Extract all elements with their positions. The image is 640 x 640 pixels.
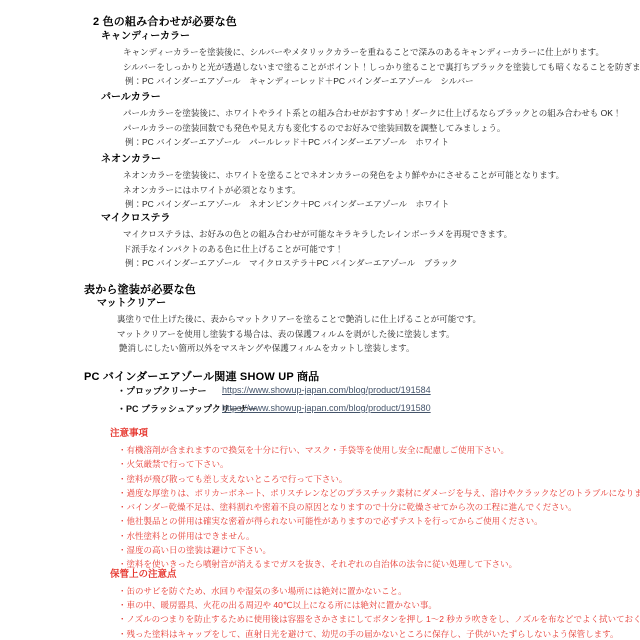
pearl-line-2: パールカラーの塗装回数でも発色や見え方も変化するのでお好みで塗装回数を調整してみ…	[123, 121, 621, 136]
storage-section: 保管上の注意点 ・缶のサビを防ぐため、水回りや湿気の多い場所には絶対に置かないこ…	[110, 566, 640, 640]
product-link-prop-cleaner[interactable]: https://www.showup-japan.com/blog/produc…	[222, 385, 431, 395]
neon-line-2: ネオンカラーにはホワイトが必須となります。	[123, 183, 564, 198]
pearl-example-line: 例：PC バインダーエアゾール パールレッド＋PC バインダーエアゾール ホワイ…	[125, 135, 621, 150]
product-label-prop-cleaner: ・プロップクリーナー	[117, 384, 222, 397]
product-link-list: ・プロップクリーナー https://www.showup-japan.com/…	[117, 381, 431, 417]
subsection-title-matte-clear: マットクリアー	[97, 294, 481, 309]
subsection-micro-stella: マイクロステラ マイクロステラは、お好みの色との組み合わせが可能なキラキラしたレ…	[101, 209, 512, 271]
subsection-neon-color: ネオンカラー ネオンカラーを塗装後に、ホワイトを塗ることでネオンカラーの発色をよ…	[101, 150, 564, 212]
caution-item-1: ・有機溶剤が含まれますので換気を十分に行い、マスク・手袋等を使用し安全に配慮しご…	[118, 443, 640, 457]
micro-stella-line-2: ド派手なインパクトのある色に仕上げることが可能です！	[123, 242, 512, 257]
subsection-pearl-color: パールカラー パールカラーを塗装後に、ホワイトやライト系との組み合わせがおすすめ…	[101, 88, 621, 150]
matte-clear-line-1: 裏塗りで仕上げた後に、表からマットクリアーを塗ることで艶消しに仕上げることが可能…	[117, 312, 481, 327]
storage-item-1: ・缶のサビを防ぐため、水回りや湿気の多い場所には絶対に置かないこと。	[118, 584, 640, 598]
product-label-brushup-cleaner: ・PC ブラッシュアップクリーナー	[117, 402, 222, 415]
caution-item-5: ・バインダー乾燥不足は、塗料割れや密着不良の原因となりますので十分に乾燥させてか…	[118, 500, 640, 514]
caution-item-4: ・過度な厚塗りは、ポリカーボネート、ポリスチレンなどのプラスチック素材にダメージ…	[118, 486, 640, 500]
subsection-title-micro-stella: マイクロステラ	[101, 209, 512, 224]
candy-line-1: キャンディーカラーを塗装後に、シルバーやメタリックカラーを重ねることで深みのある…	[123, 45, 640, 60]
candy-line-2: シルバーをしっかりと光が透過しないまで塗ることがポイント！しっかり塗ることで裏打…	[123, 60, 640, 75]
micro-stella-example-line: 例：PC バインダーエアゾール マイクロステラ＋PC バインダーエアゾール ブラ…	[125, 256, 512, 271]
neon-line-1: ネオンカラーを塗装後に、ホワイトを塗ることでネオンカラーの発色をより鮮やかにさせ…	[123, 168, 564, 183]
candy-example-line: 例：PC バインダーエアゾール キャンディーレッド＋PC バインダーエアゾール …	[125, 74, 640, 89]
subsection-title-pearl: パールカラー	[101, 88, 621, 103]
storage-item-3: ・ノズルのつまりを防止するために使用後は容器をさかさまにしてボタンを押し 1～2…	[118, 612, 640, 626]
document-page: 2 色の組み合わせが必要な色 キャンディーカラー キャンディーカラーを塗装後に、…	[0, 0, 640, 640]
pearl-line-1: パールカラーを塗装後に、ホワイトやライト系との組み合わせがおすすめ！ダークに仕上…	[123, 106, 621, 121]
storage-title: 保管上の注意点	[110, 566, 640, 580]
subsection-title-candy: キャンディーカラー	[101, 27, 640, 42]
caution-item-8: ・湿度の高い日の塗装は避けて下さい。	[118, 543, 640, 557]
product-link-brushup-cleaner[interactable]: https://www.showup-japan.com/blog/produc…	[222, 403, 431, 413]
matte-clear-line-2: マットクリアーを使用し塗装する場合は、表の保護フィルムを剥がした後に塗装します。	[117, 327, 481, 342]
subsection-candy-color: キャンディーカラー キャンディーカラーを塗装後に、シルバーやメタリックカラーを重…	[101, 27, 640, 89]
storage-item-2: ・車の中、暖房器具、火花の出る周辺や 40℃以上になる所には絶対に置かない事。	[118, 598, 640, 612]
subsection-title-neon: ネオンカラー	[101, 150, 564, 165]
caution-item-2: ・火気厳禁で行って下さい。	[118, 457, 640, 471]
storage-item-4: ・残った塗料はキャップをして、直射日光を避けて、幼児の手の届かないところに保存し…	[118, 627, 640, 640]
caution-item-7: ・水性塗料との併用はできません。	[118, 529, 640, 543]
cautions-section: 注意事項 ・有機溶剤が含まれますので換気を十分に行い、マスク・手袋等を使用し安全…	[110, 425, 640, 572]
product-row-prop-cleaner: ・プロップクリーナー https://www.showup-japan.com/…	[117, 381, 431, 399]
matte-clear-line-3: 艶消しにしたい箇所以外をマスキングや保護フィルムをカットし塗装します。	[119, 341, 481, 356]
subsection-matte-clear: マットクリアー 裏塗りで仕上げた後に、表からマットクリアーを塗ることで艶消しに仕…	[97, 294, 481, 356]
cautions-title: 注意事項	[110, 425, 640, 439]
product-row-brushup-cleaner: ・PC ブラッシュアップクリーナー https://www.showup-jap…	[117, 399, 431, 417]
caution-item-3: ・塗料が飛び散っても差し支えないところで行って下さい。	[118, 472, 640, 486]
micro-stella-line-1: マイクロステラは、お好みの色との組み合わせが可能なキラキラしたレインボーラメを再…	[123, 227, 512, 242]
caution-item-6: ・他社製品との併用は確実な密着が得られない可能性がありますので必ずテストを行って…	[118, 514, 640, 528]
